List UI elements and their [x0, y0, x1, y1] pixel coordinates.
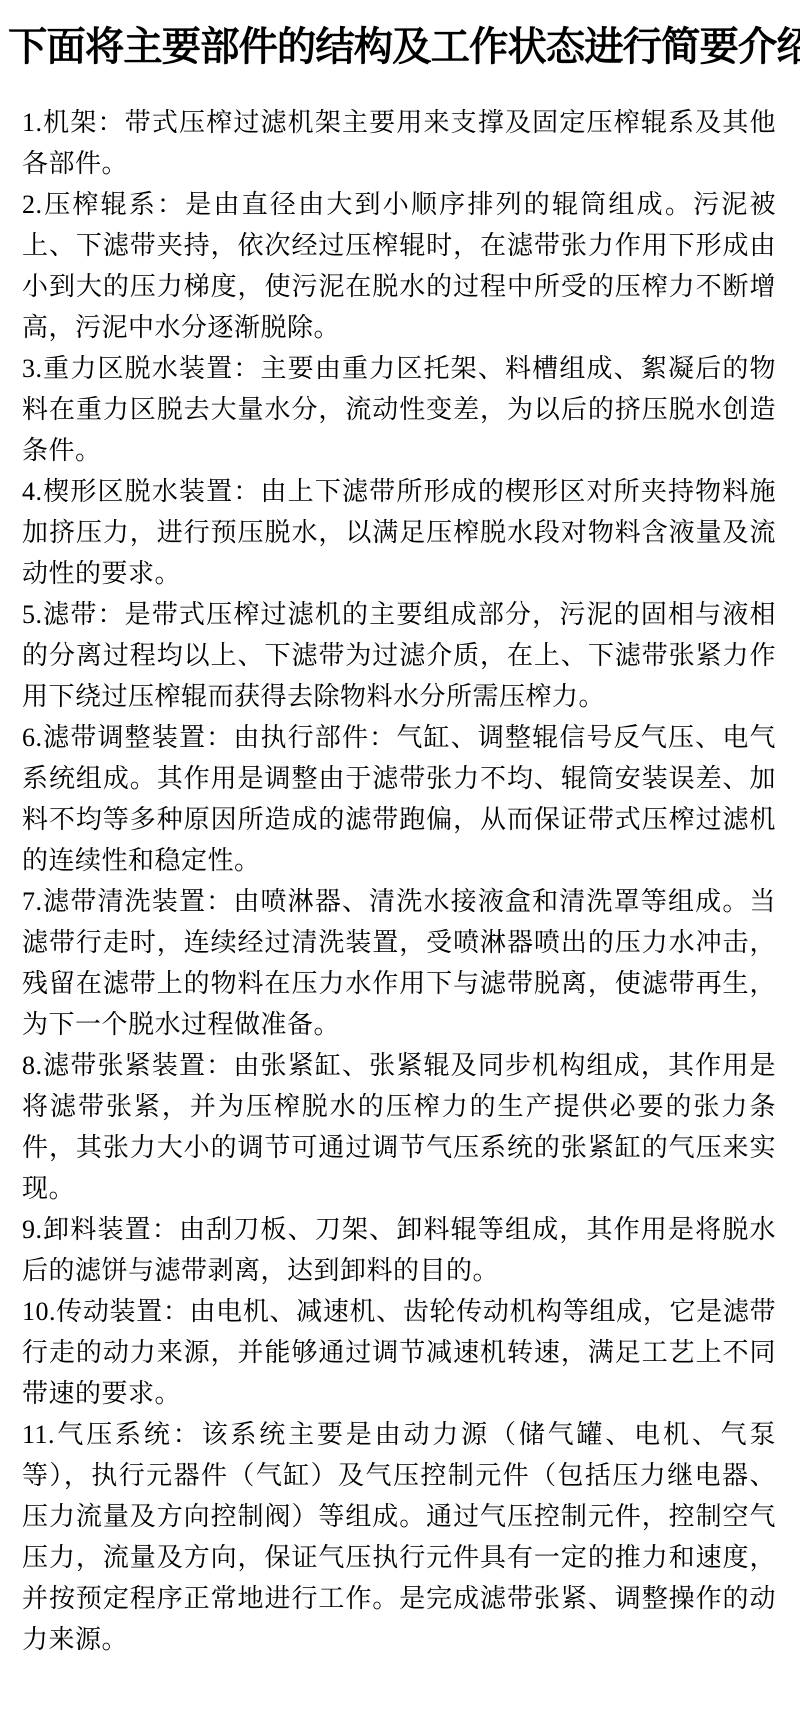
paragraph-11-pneumatic-system: 11.气压系统：该系统主要是由动力源（储气罐、电机、气泵等），执行元器件（气缸）… — [22, 1414, 776, 1660]
document-body: 1.机架：带式压榨过滤机架主要用来支撑及固定压榨辊系及其他各部件。 2.压榨辊系… — [22, 102, 776, 1660]
paragraph-10-drive-device: 10.传动装置：由电机、减速机、齿轮传动机构等组成，它是滤带行走的动力来源，并能… — [22, 1291, 776, 1414]
paragraph-9-discharge-device: 9.卸料装置：由刮刀板、刀架、卸料辊等组成，其作用是将脱水后的滤饼与滤带剥离，达… — [22, 1209, 776, 1291]
page-title: 下面将主要部件的结构及工作状态进行简要介绍： — [8, 18, 782, 76]
paragraph-2-press-rollers: 2.压榨辊系：是由直径由大到小顺序排列的辊筒组成。污泥被上、下滤带夹持，依次经过… — [22, 184, 776, 348]
document-page: 下面将主要部件的结构及工作状态进行简要介绍： 1.机架：带式压榨过滤机架主要用来… — [0, 0, 800, 1710]
paragraph-1-frame: 1.机架：带式压榨过滤机架主要用来支撑及固定压榨辊系及其他各部件。 — [22, 102, 776, 184]
paragraph-7-belt-cleaning: 7.滤带清洗装置：由喷淋器、清洗水接液盒和清洗罩等组成。当滤带行走时，连续经过清… — [22, 881, 776, 1045]
paragraph-3-gravity-dewatering: 3.重力区脱水装置：主要由重力区托架、料槽组成、絮凝后的物料在重力区脱去大量水分… — [22, 348, 776, 471]
paragraph-8-belt-tensioning: 8.滤带张紧装置：由张紧缸、张紧辊及同步机构组成，其作用是将滤带张紧，并为压榨脱… — [22, 1045, 776, 1209]
paragraph-4-wedge-dewatering: 4.楔形区脱水装置：由上下滤带所形成的楔形区对所夹持物料施加挤压力，进行预压脱水… — [22, 471, 776, 594]
paragraph-6-belt-adjustment: 6.滤带调整装置：由执行部件：气缸、调整辊信号反气压、电气系统组成。其作用是调整… — [22, 717, 776, 881]
paragraph-5-filter-belt: 5.滤带：是带式压榨过滤机的主要组成部分，污泥的固相与液相的分离过程均以上、下滤… — [22, 594, 776, 717]
